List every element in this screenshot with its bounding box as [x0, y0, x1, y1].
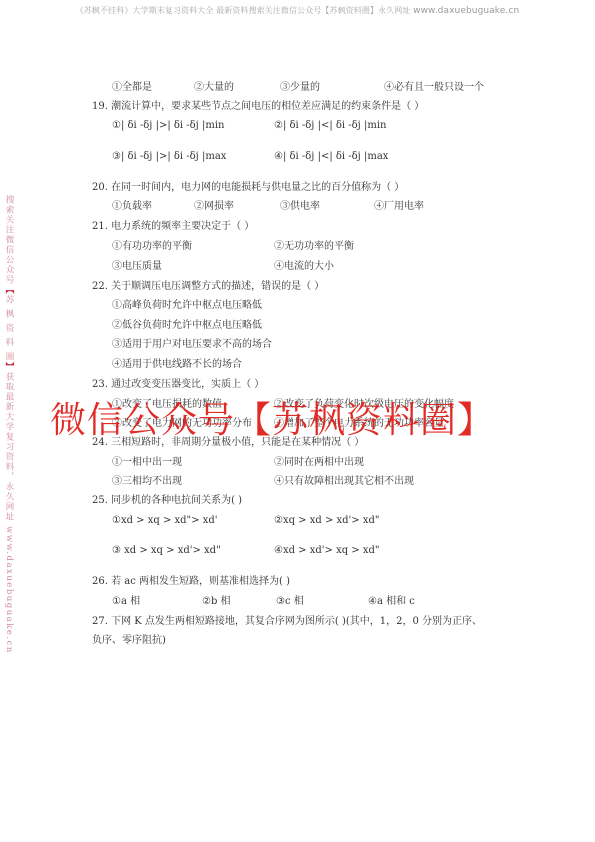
q18-option-3: ③少量的 [280, 78, 320, 93]
q26-option-3: ③c 相 [276, 592, 304, 607]
q22-option-3: ③适用于用户对电压要求不高的场合 [112, 335, 272, 350]
q24-option-3: ③三相均不出现 [112, 472, 182, 487]
q20-option-2: ②网损率 [194, 197, 234, 212]
wechat-watermark: 微信公众号【苏枫资料圈】 [50, 392, 494, 443]
q21-option-1: ①有功功率的平衡 [112, 237, 192, 252]
q27-stem-line1: 27. 下网 K 点发生两相短路接地，其复合序网为图所示( )(其中，1，2，0… [92, 612, 482, 627]
q21-option-3: ③电压质量 [112, 257, 162, 272]
q27-stem-line2: 负序、零序阻抗) [92, 631, 166, 646]
q20-stem: 20. 在同一时间内，电力网的电能损耗与供电量之比的百分值称为（ ） [92, 178, 404, 193]
q19-option-2: ②| δi -δj |<| δi -δj |min [274, 120, 386, 131]
q21-option-4: ④电流的大小 [274, 257, 334, 272]
q19-option-4: ④| δi -δj |<| δi -δj |max [274, 151, 388, 162]
q24-option-1: ①一相中出一现 [112, 453, 182, 468]
q26-stem: 26. 若 ac 两相发生短路，则基准相选择为( ) [92, 572, 290, 587]
q23-stem: 23. 通过改变变压器变比，实质上（ ） [92, 375, 264, 390]
q18-option-1: ①全都是 [112, 78, 152, 93]
q20-option-4: ④厂用电率 [374, 197, 424, 212]
q25-option-4: ④xd > xd'> xq > xd" [274, 545, 380, 556]
q21-option-2: ②无功功率的平衡 [274, 237, 354, 252]
q26-option-1: ①a 相 [112, 592, 140, 607]
q22-option-2: ②低谷负荷时允许中枢点电压略低 [112, 316, 262, 331]
q22-option-1: ①高峰负荷时允许中枢点电压略低 [112, 296, 262, 311]
q19-option-3: ③| δi -δj |>| δi -δj |max [112, 151, 226, 162]
q21-stem: 21. 电力系统的频率主要决定于（ ） [92, 217, 254, 232]
q20-option-1: ①负载率 [112, 197, 152, 212]
q24-option-4: ④只有故障相出现其它相不出现 [274, 472, 414, 487]
q25-stem: 25. 同步机的各种电抗间关系为( ) [92, 491, 242, 506]
q18-option-4: ④必有且一般只设一个 [384, 78, 484, 93]
q20-option-3: ③供电率 [280, 197, 320, 212]
q19-option-1: ①| δi -δj |>| δi -δj |min [112, 120, 224, 131]
q25-option-3: ③ xd > xq > xd'> xd" [112, 545, 221, 556]
q18-option-2: ②大量的 [194, 78, 234, 93]
q19-stem: 19. 潮流计算中，要求某些节点之间电压的相位差应满足的约束条件是（ ） [92, 97, 424, 112]
q24-option-2: ②同时在两相中出现 [274, 453, 364, 468]
q26-option-4: ④a 相和 c [368, 592, 415, 607]
q25-option-2: ②xq > xd > xd'> xd" [274, 515, 380, 526]
q25-option-1: ①xd > xq > xd"> xd' [112, 515, 218, 526]
q26-option-2: ②b 相 [202, 592, 231, 607]
q22-option-4: ④适用于供电线路不长的场合 [112, 355, 242, 370]
q22-stem: 22. 关于顺调压电压调整方式的描述，错误的是（ ） [92, 277, 324, 292]
